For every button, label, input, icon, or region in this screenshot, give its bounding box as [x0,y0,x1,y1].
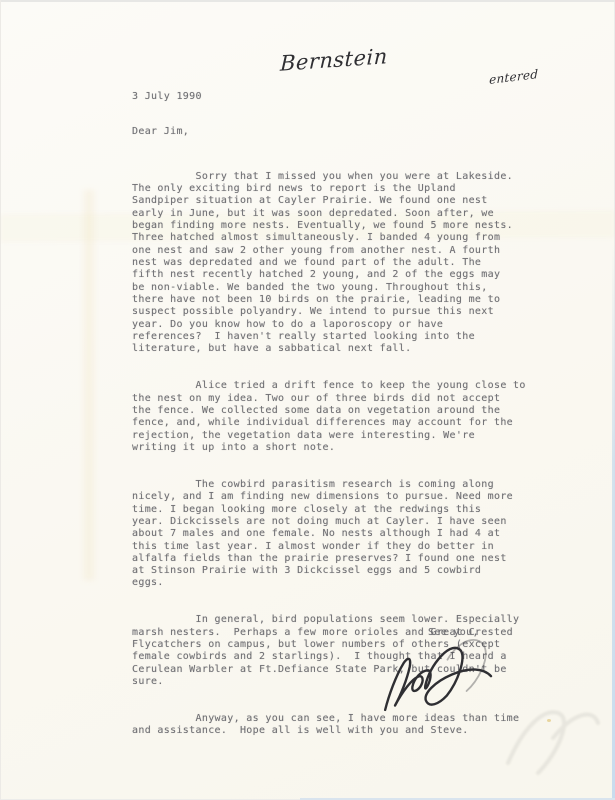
signature: Neil [376,626,499,725]
letter-salutation: Dear Jim, [132,126,189,138]
letter-paragraph: The cowbird parasitism research is comin… [132,479,552,590]
handwriting-note: entered [489,67,538,87]
handwriting-name: Bernstein [280,44,388,76]
scan-edge-left [0,0,1,800]
letter-paragraph: Sorry that I missed you when you were at… [132,171,552,356]
letter-paragraph: Alice tried a drift fence to keep the yo… [132,380,552,454]
signature-handwriting-icon [376,626,499,725]
scanned-letter-page: Bernstein entered 3 July 1990 Dear Jim, … [0,0,615,800]
paper-texture-streak [84,190,94,580]
scan-edge-top [0,0,615,2]
letter-date: 3 July 1990 [132,91,202,103]
